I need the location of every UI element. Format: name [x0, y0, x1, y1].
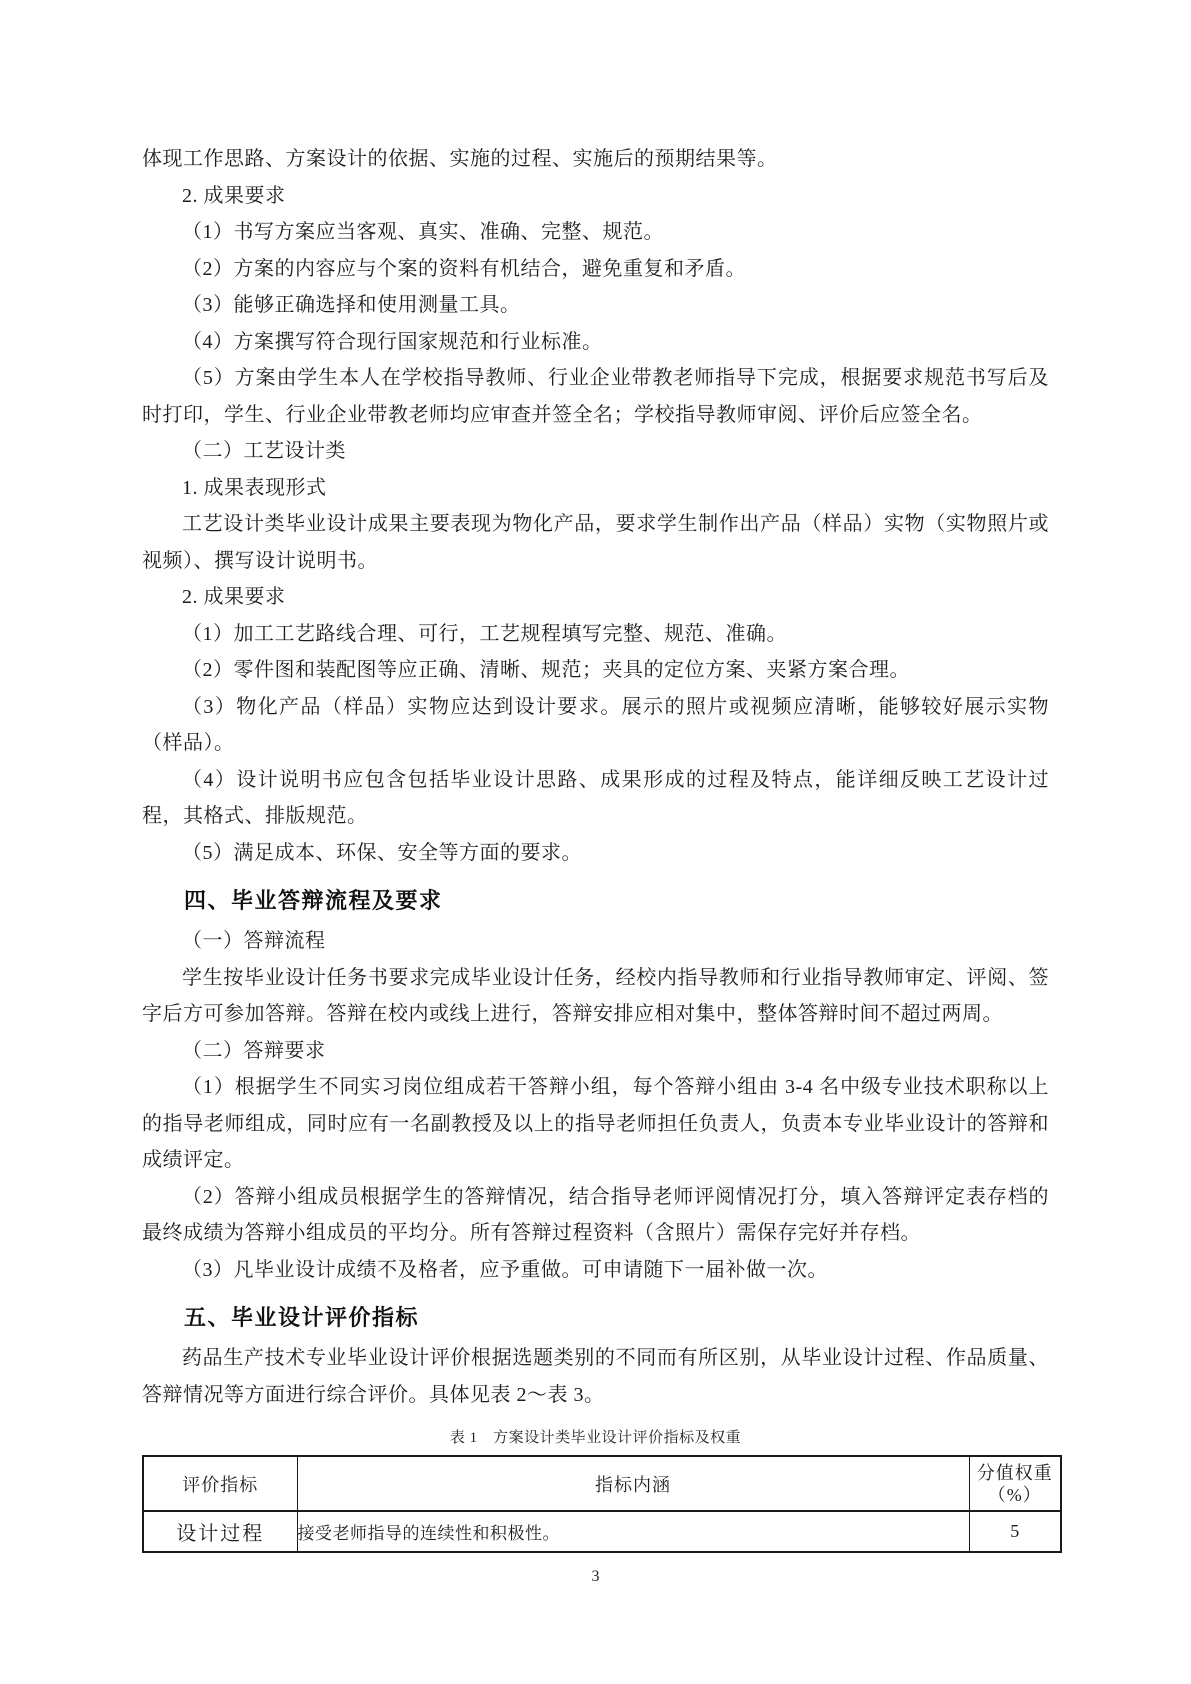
table-row: 设计过程 接受老师指导的连续性和积极性。 5	[143, 1511, 1061, 1552]
table-caption: 表 1 方案设计类毕业设计评价指标及权重	[142, 1426, 1049, 1447]
paragraph: 2. 成果要求	[142, 579, 1049, 616]
cell-indicator: 设计过程	[143, 1511, 297, 1552]
col-header-content: 指标内涵	[297, 1456, 969, 1511]
paragraph: 体现工作思路、方案设计的依据、实施的过程、实施后的预期结果等。	[142, 141, 1049, 178]
paragraph: （1）根据学生不同实习岗位组成若干答辩小组，每个答辩小组由 3-4 名中级专业技…	[142, 1069, 1049, 1179]
paragraph: 工艺设计类毕业设计成果主要表现为物化产品，要求学生制作出产品（样品）实物（实物照…	[142, 506, 1049, 579]
document-content: 体现工作思路、方案设计的依据、实施的过程、实施后的预期结果等。2. 成果要求（1…	[142, 141, 1049, 1586]
paragraph: （5）满足成本、环保、安全等方面的要求。	[142, 835, 1049, 872]
document-body-text: 体现工作思路、方案设计的依据、实施的过程、实施后的预期结果等。2. 成果要求（1…	[142, 141, 1049, 1413]
paragraph: 药品生产技术专业毕业设计评价根据选题类别的不同而有所区别，从毕业设计过程、作品质…	[142, 1340, 1049, 1413]
paragraph: （3）能够正确选择和使用测量工具。	[142, 287, 1049, 324]
section-heading: 五、毕业设计评价指标	[142, 1298, 1049, 1338]
paragraph: （2）零件图和装配图等应正确、清晰、规范；夹具的定位方案、夹紧方案合理。	[142, 652, 1049, 689]
paragraph: （3）物化产品（样品）实物应达到设计要求。展示的照片或视频应清晰，能够较好展示实…	[142, 689, 1049, 762]
evaluation-table: 评价指标 指标内涵 分值权重 （%） 设计过程 接受老师指导的连续性和积极性。 …	[142, 1455, 1062, 1553]
document-page: 体现工作思路、方案设计的依据、实施的过程、实施后的预期结果等。2. 成果要求（1…	[0, 0, 1191, 1684]
paragraph: （1）书写方案应当客观、真实、准确、完整、规范。	[142, 214, 1049, 251]
paragraph: （1）加工工艺路线合理、可行，工艺规程填写完整、规范、准确。	[142, 616, 1049, 653]
paragraph: 学生按毕业设计任务书要求完成毕业设计任务，经校内指导教师和行业指导教师审定、评阅…	[142, 960, 1049, 1033]
paragraph: （2）方案的内容应与个案的资料有机结合，避免重复和矛盾。	[142, 251, 1049, 288]
paragraph: 2. 成果要求	[142, 178, 1049, 215]
col-header-weight: 分值权重 （%）	[969, 1456, 1061, 1511]
section-heading: 四、毕业答辩流程及要求	[142, 881, 1049, 921]
paragraph: 1. 成果表现形式	[142, 470, 1049, 507]
cell-content: 接受老师指导的连续性和积极性。	[297, 1511, 969, 1552]
paragraph: （4）方案撰写符合现行国家规范和行业标准。	[142, 324, 1049, 361]
paragraph: （2）答辩小组成员根据学生的答辩情况，结合指导老师评阅情况打分，填入答辩评定表存…	[142, 1179, 1049, 1252]
paragraph: （4）设计说明书应包含包括毕业设计思路、成果形成的过程及特点，能详细反映工艺设计…	[142, 762, 1049, 835]
paragraph: （3）凡毕业设计成绩不及格者，应予重做。可申请随下一届补做一次。	[142, 1252, 1049, 1289]
paragraph: （一）答辩流程	[142, 923, 1049, 960]
cell-weight: 5	[969, 1511, 1061, 1552]
paragraph: （二）工艺设计类	[142, 433, 1049, 470]
page-number: 3	[142, 1568, 1049, 1586]
paragraph: （二）答辩要求	[142, 1033, 1049, 1070]
col-header-indicator: 评价指标	[143, 1456, 297, 1511]
table-header-row: 评价指标 指标内涵 分值权重 （%）	[143, 1456, 1061, 1511]
paragraph: （5）方案由学生本人在学校指导教师、行业企业带教老师指导下完成，根据要求规范书写…	[142, 360, 1049, 433]
